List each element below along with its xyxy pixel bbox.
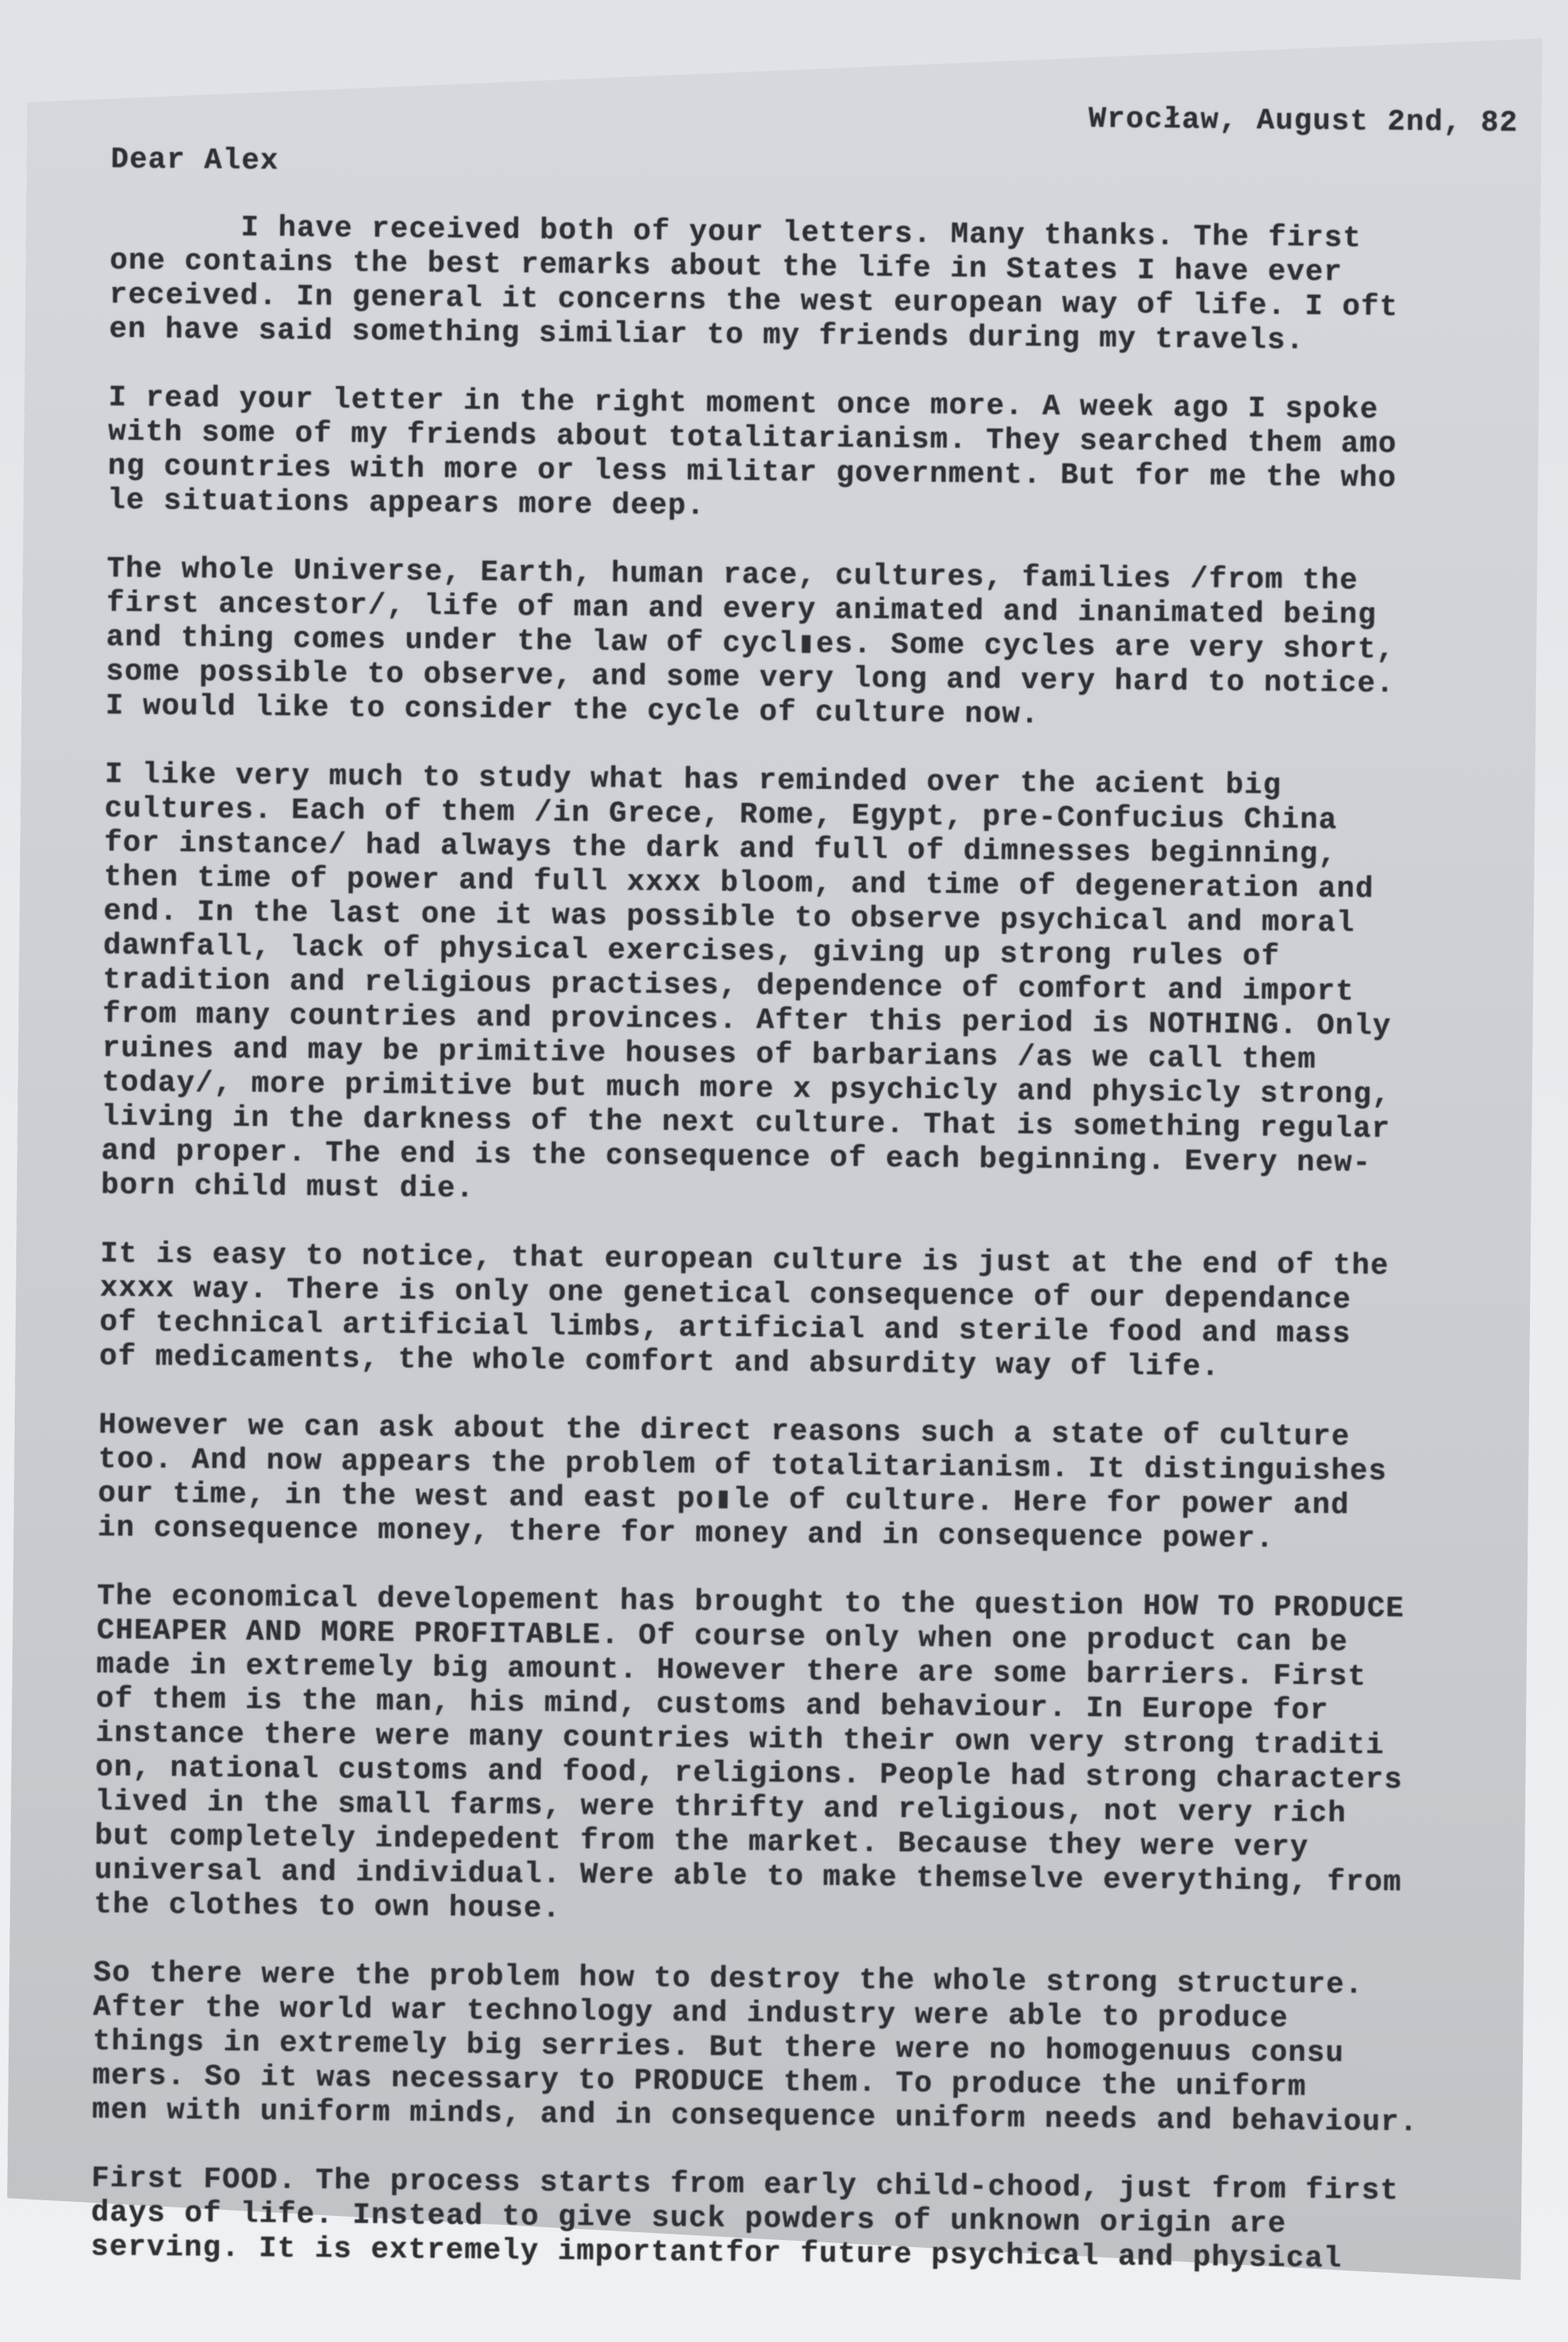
paragraph: First FOOD. The process starts from earl… <box>90 2162 1492 2278</box>
dateline: Wrocław, August 2nd, 82 <box>1089 103 1518 141</box>
paragraph: So there were the problem how to destroy… <box>92 1957 1494 2141</box>
paragraph: The economical developement has brought … <box>94 1580 1498 1936</box>
paragraph: I have received both of your letters. Ma… <box>109 210 1511 360</box>
paragraph: However we can ask about the direct reas… <box>97 1409 1500 1559</box>
paragraph: I like very much to study what has remin… <box>101 758 1506 1217</box>
letter-body: I have received both of your letters. Ma… <box>90 210 1511 2312</box>
paragraph: I read your letter in the right moment o… <box>107 381 1510 532</box>
paragraph: The whole Universe, Earth, human race, c… <box>105 553 1507 737</box>
letter-sheet: Wrocław, August 2nd, 82 Dear Alex I have… <box>6 24 1542 2281</box>
salutation: Dear Alex <box>110 143 279 179</box>
paragraph: It is easy to notice, that european cult… <box>99 1238 1501 1388</box>
